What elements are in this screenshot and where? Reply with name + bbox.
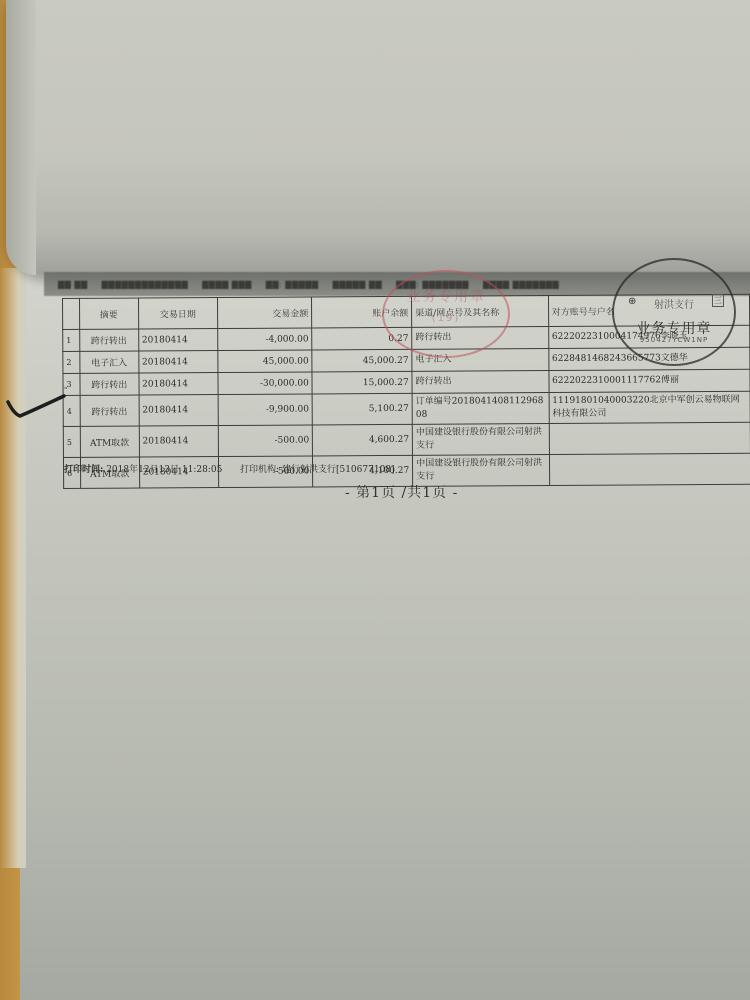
- row-date: 20180414: [138, 351, 217, 373]
- header-field: ▇▇▇▇▇ ▇▇: [333, 280, 383, 289]
- row-balance: 45,000.27: [312, 349, 412, 372]
- row-balance: 5,100.27: [312, 393, 412, 425]
- header-field: ▇▇▇▇▇▇▇▇▇▇▇▇▇: [102, 280, 188, 289]
- stamp-code: (19): [384, 308, 508, 330]
- table-row: 4跨行转出20180414-9,900.005,100.27订单编号201804…: [63, 391, 750, 426]
- row-date: 20180414: [139, 426, 218, 457]
- row-channel: 跨行转出: [412, 371, 549, 394]
- row-amount: -500.00: [218, 425, 313, 457]
- table-row: 5ATM取款20180414-500.004,600.27中国建设银行股份有限公…: [63, 422, 750, 457]
- row-amount: -30,000.00: [218, 372, 313, 395]
- row-balance: 4,600.27: [313, 424, 413, 456]
- curled-blank-page: [6, 0, 750, 275]
- row-amount: -4,000.00: [218, 328, 313, 351]
- col-header-date: 交易日期: [138, 298, 217, 329]
- print-org-value: 建行射洪支行[510677108]: [282, 465, 395, 475]
- print-org-label: 打印机构:: [240, 465, 279, 475]
- header-field: ▇▇▇▇ ▇▇▇: [202, 280, 252, 289]
- stamp-title: 业务专用章: [614, 318, 734, 338]
- stamp-title: 业务专用章: [406, 289, 486, 305]
- row-summary: 跨行转出: [80, 373, 139, 395]
- red-business-stamp: 业务专用章 (19): [382, 270, 510, 358]
- row-amount: 45,000.00: [218, 350, 313, 373]
- page-indicator: - 第1页 /共1页 -: [345, 482, 458, 502]
- row-counterparty: 11191801040003220北京中军创云易物联网科技有限公司: [549, 391, 750, 423]
- col-header-index: [63, 298, 80, 329]
- row-date: 20180414: [139, 395, 218, 426]
- row-index: 1: [63, 329, 80, 351]
- row-index: 5: [63, 426, 80, 457]
- print-time-value: 2018年12月13日 11:28:05: [106, 465, 222, 475]
- row-summary: ATM取款: [80, 426, 139, 457]
- row-channel: 中国建设银行股份有限公司射洪支行: [412, 424, 549, 456]
- header-field: ▇▇: ▇▇▇▇▇: [266, 280, 319, 289]
- row-channel: 订单编号2018041408112968​08: [412, 393, 549, 425]
- black-branch-stamp: ⊕ 射洪支行 三 业务专用章 950427YCW1NP: [612, 258, 736, 366]
- sheet-binding-edge: [0, 268, 26, 868]
- row-balance: 15,000.27: [312, 371, 412, 394]
- row-index: 2: [63, 351, 80, 373]
- row-summary: 跨行转出: [80, 395, 139, 426]
- print-time-label: 打印时间:: [64, 465, 103, 475]
- row-counterparty: 6222022310001117762傅丽: [549, 369, 750, 392]
- row-counterparty: [549, 422, 750, 454]
- row-summary: 跨行转出: [79, 329, 138, 351]
- print-info-line: 打印时间: 2018年12月13日 11:28:05 打印机构: 建行射洪支行[…: [64, 462, 395, 475]
- col-header-summary: 摘要: [79, 298, 138, 329]
- row-counterparty: [549, 453, 750, 485]
- stamp-symbol-right: 三: [712, 294, 724, 307]
- header-field: ▇▇ ▇▇: [58, 280, 88, 289]
- row-date: 20180414: [139, 373, 218, 395]
- handwritten-checkmark-icon: [4, 392, 74, 422]
- row-date: 20180414: [138, 329, 217, 351]
- stamp-code: 950427YCW1NP: [614, 336, 734, 344]
- row-summary: 电子汇入: [80, 351, 139, 373]
- col-header-amount: 交易金额: [217, 297, 312, 329]
- row-amount: -9,900.00: [218, 394, 313, 426]
